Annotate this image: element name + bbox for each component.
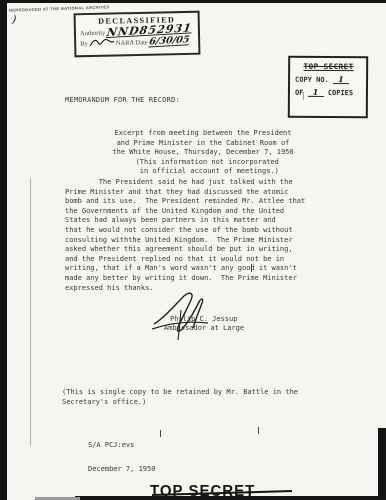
copy-no-value-handwritten: 1 — [333, 76, 349, 84]
copy-number-row: COPY NO. 1 — [295, 76, 362, 84]
page-fold-line — [30, 178, 31, 446]
of-label: OF — [295, 89, 303, 97]
scanned-memorandum-page: REPRODUCED AT THE NATIONAL ARCHIVES ) DE… — [0, 0, 386, 500]
signature-block: Philip C. Jessup Ambassador at Large — [148, 290, 278, 340]
handwritten-mark: ) — [11, 13, 17, 26]
copies-label: COPIES — [328, 89, 353, 97]
signer-typed-name: Philip C. Jessup — [170, 315, 237, 323]
declassified-date-handwritten: 6/30/05 — [149, 37, 191, 48]
scan-edge-left — [0, 0, 7, 500]
classification-copy-box: TOP SECRET COPY NO. 1 OF 1 COPIES — [288, 56, 368, 119]
copies-row: OF 1 COPIES — [295, 89, 362, 97]
copy-no-label: COPY NO. — [295, 76, 329, 84]
memo-date: December 7, 1950 — [88, 465, 155, 475]
retention-note: (This is single copy to be retained by M… — [62, 388, 298, 407]
memo-body-paragraph: The President said he had just talked wi… — [65, 178, 305, 293]
reference-line: S/A PCJ:evs — [88, 441, 134, 451]
by-label: By — [80, 41, 88, 48]
archive-header-text: REPRODUCED AT THE NATIONAL ARCHIVES — [9, 4, 110, 13]
classification-box-title: TOP SECRET — [295, 62, 362, 71]
declassified-by-row: ByNARA Date 6/30/05 — [80, 36, 194, 50]
copies-value-handwritten: 1 — [308, 89, 324, 97]
scan-edge-top — [0, 0, 386, 3]
scan-artifact — [160, 430, 161, 437]
declassified-stamp: DECLASSIFIED Authority NND852931 ByNARA … — [74, 11, 201, 58]
scan-artifact — [258, 427, 259, 434]
memo-heading: MEMORANDUM FOR THE RECORD: — [65, 96, 180, 106]
by-signature-scrawl — [89, 37, 115, 50]
authority-label: Authority — [80, 30, 105, 38]
signer-title: Ambassador at Large — [164, 324, 244, 332]
scan-edge-right — [378, 428, 386, 500]
nara-date-label: NARA Date — [116, 39, 148, 47]
memo-subject-block: Excerpt from meeting between the Preside… — [93, 129, 313, 177]
